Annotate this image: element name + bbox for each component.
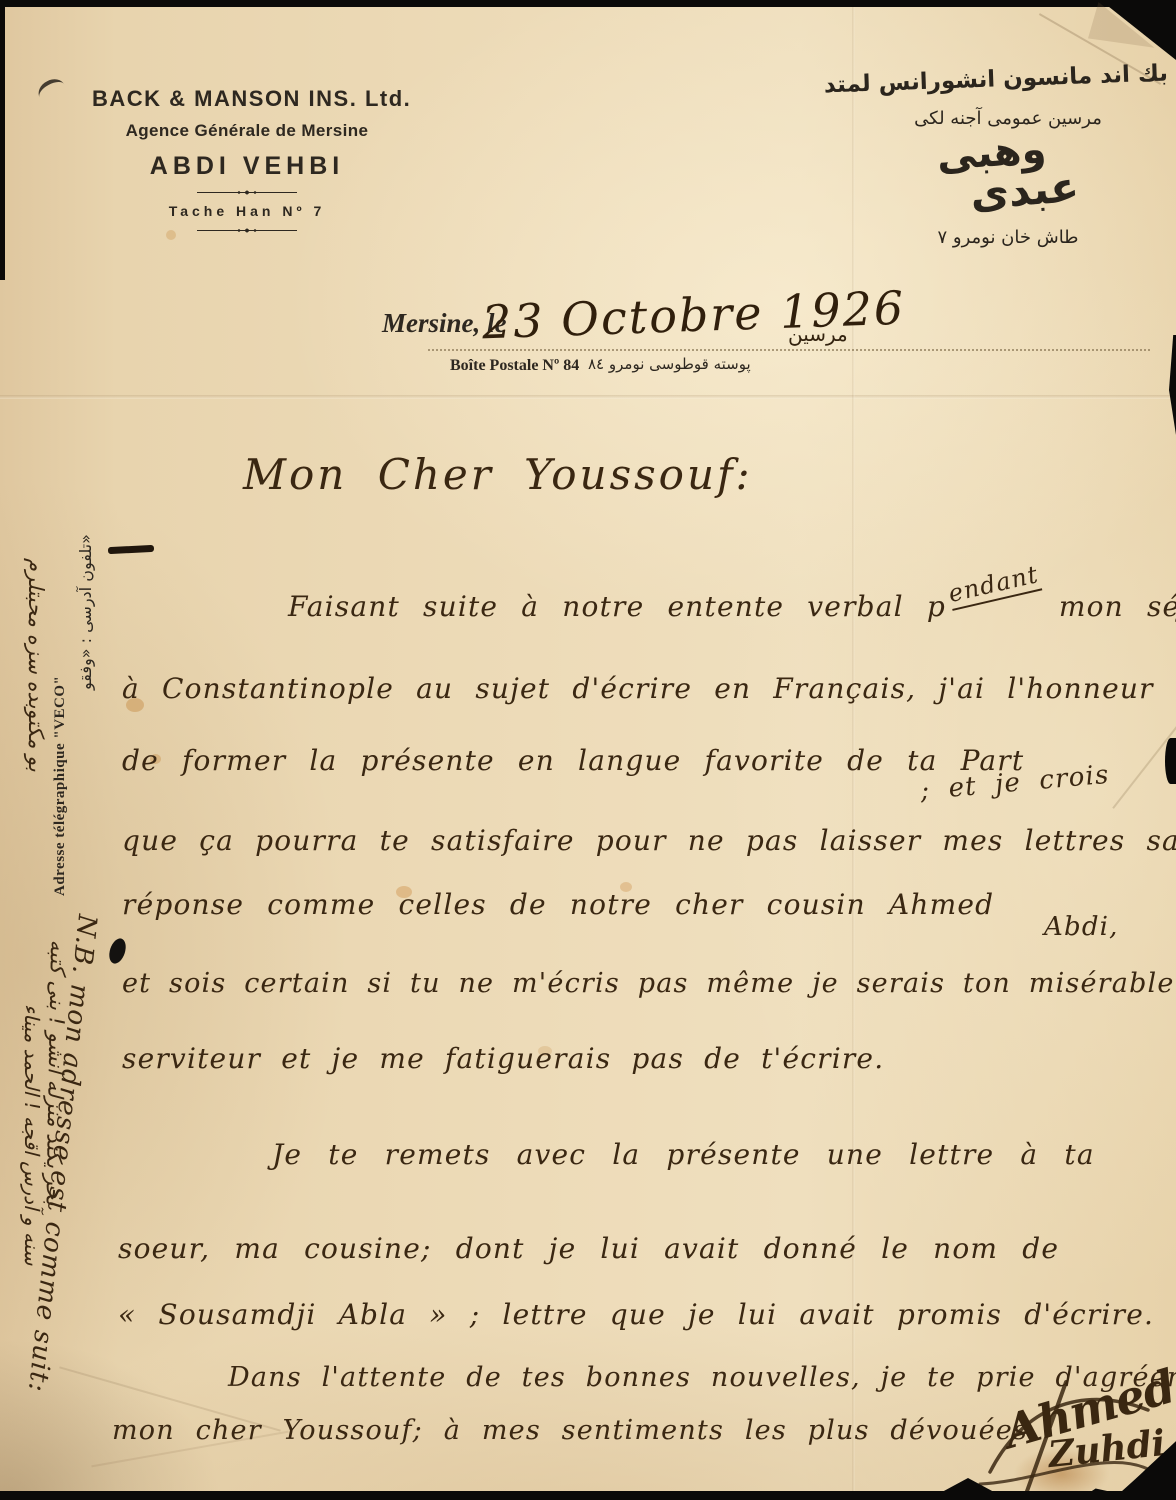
agency-line: Agence Générale de Mersine [92,121,402,141]
monogram-word-abdi: عبدى [969,162,1081,218]
letter-line-12: mon cher Youssouf; à mes sentiments les … [112,1415,1038,1446]
letter-line-5: réponse comme celles de notre cher cousi… [122,888,994,921]
letter-line-4: que ça pourra te satisfaire pour ne pas … [122,824,1176,857]
telegraph-address-ottoman: تلفون آدرسى : «وفقو» [76,534,95,690]
letter-line-6: et sois certain si tu ne m'écris pas mêm… [122,968,1175,999]
po-box-label-ottoman: پوسته قوطوسى نومرو ٨٤ [588,355,751,373]
letter-line-3: de former la présente en langue favorite… [122,744,1024,777]
company-name-ottoman: بك اند مانسون انشورانس لمتد [848,60,1169,97]
letter-line-9: soeur, ma cousine; dont je lui avait don… [118,1232,1059,1265]
letter-line-8: Je te remets avec la présente une lettre… [272,1138,1095,1171]
letter-line-1: Faisant suite à notre entente verbal pen… [288,590,1176,625]
ornament-rule [197,189,297,196]
ottoman-manuscript-top: بو مكتوبده سزه محبتلرم [24,558,48,772]
line1-part-b: mon séjour [1059,590,1176,623]
po-box-label: Boîte Postale Nº 84 [450,357,579,375]
letterhead-right-block: بك اند مانسون انشورانس لمتد مرسين عمومى … [848,66,1168,248]
telegraph-address-fr: Adresse télégraphique "VECO" [52,676,69,896]
letter-line-7: serviteur et je me fatiguerais pas de t'… [122,1042,884,1075]
monogram-calligraphy: وهبى عبدى [845,122,1171,236]
letter-line-5b: Abdi, [1044,912,1119,942]
scan-edge-bottom [0,1491,1176,1500]
scan-edge-top [0,0,1176,7]
line1-part-a: Faisant suite à notre entente verbal p [288,590,946,623]
letter-line-2: à Constantinople au sujet d'écrire en Fr… [122,672,1154,705]
letter-line-10: « Sousamdji Abla » ; lettre que je lui a… [118,1298,1154,1331]
scan-edge-left [0,0,5,280]
salutation: Mon Cher Youssouf: [243,450,753,499]
date-dotted-rule [428,349,1150,351]
ornament-rule [197,227,297,234]
scanned-letter-page: BACK & MANSON INS. Ltd. Agence Générale … [0,0,1176,1500]
ottoman-manuscript-mid: بحر يكند منزله انشو ! بنى كتبه [41,940,70,1206]
company-name: BACK & MANSON INS. Ltd. [92,86,402,112]
date-city-ottoman: مرسين [788,322,848,346]
address-line: Tache Han Nº 7 [92,203,402,219]
scan-edge-right-mid [1165,738,1176,784]
letterhead-left-block: BACK & MANSON INS. Ltd. Agence Générale … [92,86,402,234]
principal-name: ABDI VEHBI [92,152,402,181]
ottoman-manuscript-low: سنه و آدرس اقجه ! الحمد ميناء [20,1004,44,1266]
